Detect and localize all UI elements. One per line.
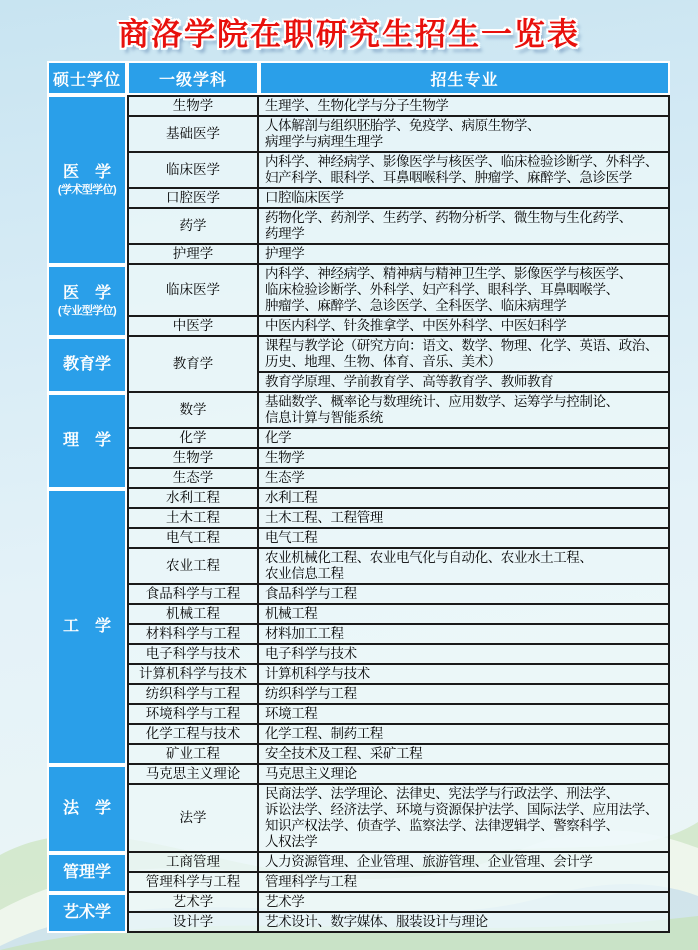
majors-cell: 水利工程 — [259, 489, 670, 509]
table-row: 农业工程农业机械化工程、农业电气化与自动化、农业水土工程、 农业信息工程 — [47, 549, 670, 585]
discipline-cell: 护理学 — [127, 245, 259, 265]
discipline-cell: 材料科学与工程 — [127, 625, 259, 645]
degree-label: 理 学 — [49, 431, 125, 452]
degree-label: 医 学 — [49, 163, 125, 184]
discipline-cell: 纺织科学与工程 — [127, 685, 259, 705]
majors-cell: 管理科学与工程 — [259, 873, 670, 893]
discipline-cell: 中医学 — [127, 317, 259, 337]
majors-cell: 民商法学、法学理论、法律史、宪法学与行政法学、刑法学、 诉讼法学、经济法学、环境… — [259, 785, 670, 853]
table-row: 口腔医学口腔临床医学 — [47, 189, 670, 209]
table-row: 工 学水利工程水利工程 — [47, 489, 670, 509]
discipline-cell: 法学 — [127, 785, 259, 853]
table-row: 化学化学 — [47, 429, 670, 449]
discipline-cell: 数学 — [127, 393, 259, 429]
majors-cell: 艺术设计、数字媒体、服装设计与理论 — [259, 913, 670, 933]
discipline-cell: 临床医学 — [127, 153, 259, 189]
table-row: 食品科学与工程食品科学与工程 — [47, 585, 670, 605]
table-row: 护理学护理学 — [47, 245, 670, 265]
majors-cell: 教育学原理、学前教育学、高等教育学、教师教育 — [259, 373, 670, 393]
discipline-cell: 计算机科学与技术 — [127, 665, 259, 685]
column-header-enrollment-majors: 招生专业 — [259, 61, 670, 95]
degree-section-cell: 医 学(学术型学位) — [47, 95, 127, 265]
degree-section-cell: 工 学 — [47, 489, 127, 765]
degree-section-cell: 管理学 — [47, 853, 127, 893]
discipline-cell: 化学 — [127, 429, 259, 449]
majors-cell: 护理学 — [259, 245, 670, 265]
majors-cell: 药物化学、药剂学、生药学、药物分析学、微生物与生化药学、 药理学 — [259, 209, 670, 245]
majors-cell: 食品科学与工程 — [259, 585, 670, 605]
table-row: 医 学(专业型学位)临床医学内科学、神经病学、精神病与精神卫生学、影像医学与核医… — [47, 265, 670, 317]
table-row: 设计学艺术设计、数字媒体、服装设计与理论 — [47, 913, 670, 933]
majors-cell: 环境工程 — [259, 705, 670, 725]
discipline-cell: 生物学 — [127, 449, 259, 469]
table-row: 法 学马克思主义理论马克思主义理论 — [47, 765, 670, 785]
degree-label: 医 学 — [49, 284, 125, 305]
discipline-cell: 水利工程 — [127, 489, 259, 509]
majors-cell: 口腔临床医学 — [259, 189, 670, 209]
majors-cell: 内科学、神经病学、影像医学与核医学、临床检验诊断学、外科学、 妇产科学、眼科学、… — [259, 153, 670, 189]
discipline-cell: 马克思主义理论 — [127, 765, 259, 785]
table-row: 土木工程土木工程、工程管理 — [47, 509, 670, 529]
majors-cell: 生物学 — [259, 449, 670, 469]
majors-cell: 安全技术及工程、采矿工程 — [259, 745, 670, 765]
discipline-cell: 土木工程 — [127, 509, 259, 529]
majors-cell: 人力资源管理、企业管理、旅游管理、企业管理、会计学 — [259, 853, 670, 873]
discipline-cell: 农业工程 — [127, 549, 259, 585]
discipline-cell: 电气工程 — [127, 529, 259, 549]
table-row: 生物学生物学 — [47, 449, 670, 469]
column-header-masters-degree: 硕士学位 — [47, 61, 127, 95]
discipline-cell: 环境科学与工程 — [127, 705, 259, 725]
table-row: 电气工程电气工程 — [47, 529, 670, 549]
majors-cell: 纺织科学与工程 — [259, 685, 670, 705]
enrollment-table: 硕士学位 一级学科 招生专业 医 学(学术型学位)生物学生理学、生物化学与分子生… — [47, 61, 670, 933]
degree-label: 法 学 — [49, 799, 125, 820]
majors-cell: 土木工程、工程管理 — [259, 509, 670, 529]
discipline-cell: 工商管理 — [127, 853, 259, 873]
table-row: 临床医学内科学、神经病学、影像医学与核医学、临床检验诊断学、外科学、 妇产科学、… — [47, 153, 670, 189]
table-row: 化学工程与技术化学工程、制药工程 — [47, 725, 670, 745]
degree-sublabel: (专业型学位) — [49, 305, 125, 319]
majors-cell: 化学工程、制药工程 — [259, 725, 670, 745]
discipline-cell: 艺术学 — [127, 893, 259, 913]
discipline-cell: 电子科学与技术 — [127, 645, 259, 665]
majors-cell: 人体解剖与组织胚胎学、免疫学、病原生物学、 病理学与病理生理学 — [259, 117, 670, 153]
degree-label: 工 学 — [49, 617, 125, 638]
enrollment-table-body: 医 学(学术型学位)生物学生理学、生物化学与分子生物学基础医学人体解剖与组织胚胎… — [47, 95, 670, 933]
table-row: 环境科学与工程环境工程 — [47, 705, 670, 725]
table-row: 药学药物化学、药剂学、生药学、药物分析学、微生物与生化药学、 药理学 — [47, 209, 670, 245]
table-row: 生态学生态学 — [47, 469, 670, 489]
discipline-cell: 机械工程 — [127, 605, 259, 625]
majors-cell: 课程与教学论（研究方向：语文、数学、物理、化学、英语、政治、 历史、地理、生物、… — [259, 337, 670, 373]
discipline-cell: 食品科学与工程 — [127, 585, 259, 605]
discipline-cell: 基础医学 — [127, 117, 259, 153]
majors-cell: 基础数学、概率论与数理统计、应用数学、运筹学与控制论、 信息计算与智能系统 — [259, 393, 670, 429]
table-row: 计算机科学与技术计算机科学与技术 — [47, 665, 670, 685]
majors-cell: 计算机科学与技术 — [259, 665, 670, 685]
discipline-cell: 设计学 — [127, 913, 259, 933]
majors-cell: 艺术学 — [259, 893, 670, 913]
majors-cell: 化学 — [259, 429, 670, 449]
degree-label: 艺术学 — [49, 903, 125, 924]
discipline-cell: 化学工程与技术 — [127, 725, 259, 745]
table-row: 中医学中医内科学、针灸推拿学、中医外科学、中医妇科学 — [47, 317, 670, 337]
table-row: 法学民商法学、法学理论、法律史、宪法学与行政法学、刑法学、 诉讼法学、经济法学、… — [47, 785, 670, 853]
table-row: 矿业工程安全技术及工程、采矿工程 — [47, 745, 670, 765]
degree-label: 管理学 — [49, 863, 125, 884]
majors-cell: 电子科学与技术 — [259, 645, 670, 665]
table-row: 理 学数学基础数学、概率论与数理统计、应用数学、运筹学与控制论、 信息计算与智能… — [47, 393, 670, 429]
degree-section-cell: 理 学 — [47, 393, 127, 489]
degree-label: 教育学 — [49, 355, 125, 376]
discipline-cell: 生态学 — [127, 469, 259, 489]
table-row: 管理科学与工程管理科学与工程 — [47, 873, 670, 893]
table-header-row: 硕士学位 一级学科 招生专业 — [47, 61, 670, 95]
table-row: 基础医学人体解剖与组织胚胎学、免疫学、病原生物学、 病理学与病理生理学 — [47, 117, 670, 153]
table-row: 材料科学与工程材料加工工程 — [47, 625, 670, 645]
discipline-cell: 临床医学 — [127, 265, 259, 317]
majors-cell: 生态学 — [259, 469, 670, 489]
majors-cell: 电气工程 — [259, 529, 670, 549]
table-row: 医 学(学术型学位)生物学生理学、生物化学与分子生物学 — [47, 95, 670, 117]
table-row: 电子科学与技术电子科学与技术 — [47, 645, 670, 665]
degree-sublabel: (学术型学位) — [49, 184, 125, 198]
table-row: 教育学教育学课程与教学论（研究方向：语文、数学、物理、化学、英语、政治、 历史、… — [47, 337, 670, 373]
column-header-first-level-discipline: 一级学科 — [127, 61, 259, 95]
table-row: 机械工程机械工程 — [47, 605, 670, 625]
majors-cell: 中医内科学、针灸推拿学、中医外科学、中医妇科学 — [259, 317, 670, 337]
degree-section-cell: 艺术学 — [47, 893, 127, 933]
majors-cell: 内科学、神经病学、精神病与精神卫生学、影像医学与核医学、 临床检验诊断学、外科学… — [259, 265, 670, 317]
discipline-cell: 口腔医学 — [127, 189, 259, 209]
discipline-cell: 药学 — [127, 209, 259, 245]
discipline-cell: 生物学 — [127, 95, 259, 117]
majors-cell: 马克思主义理论 — [259, 765, 670, 785]
page-title: 商洛学院在职研究生招生一览表 — [0, 0, 698, 54]
majors-cell: 材料加工工程 — [259, 625, 670, 645]
majors-cell: 机械工程 — [259, 605, 670, 625]
table-row: 管理学工商管理人力资源管理、企业管理、旅游管理、企业管理、会计学 — [47, 853, 670, 873]
degree-section-cell: 法 学 — [47, 765, 127, 853]
discipline-cell: 管理科学与工程 — [127, 873, 259, 893]
degree-section-cell: 教育学 — [47, 337, 127, 393]
majors-cell: 农业机械化工程、农业电气化与自动化、农业水土工程、 农业信息工程 — [259, 549, 670, 585]
discipline-cell: 教育学 — [127, 337, 259, 393]
table-row: 纺织科学与工程纺织科学与工程 — [47, 685, 670, 705]
degree-section-cell: 医 学(专业型学位) — [47, 265, 127, 337]
table-row: 艺术学艺术学艺术学 — [47, 893, 670, 913]
majors-cell: 生理学、生物化学与分子生物学 — [259, 95, 670, 117]
discipline-cell: 矿业工程 — [127, 745, 259, 765]
page: 商洛学院在职研究生招生一览表 硕士学位 一级学科 招生专业 医 学(学术型学位)… — [0, 0, 698, 950]
